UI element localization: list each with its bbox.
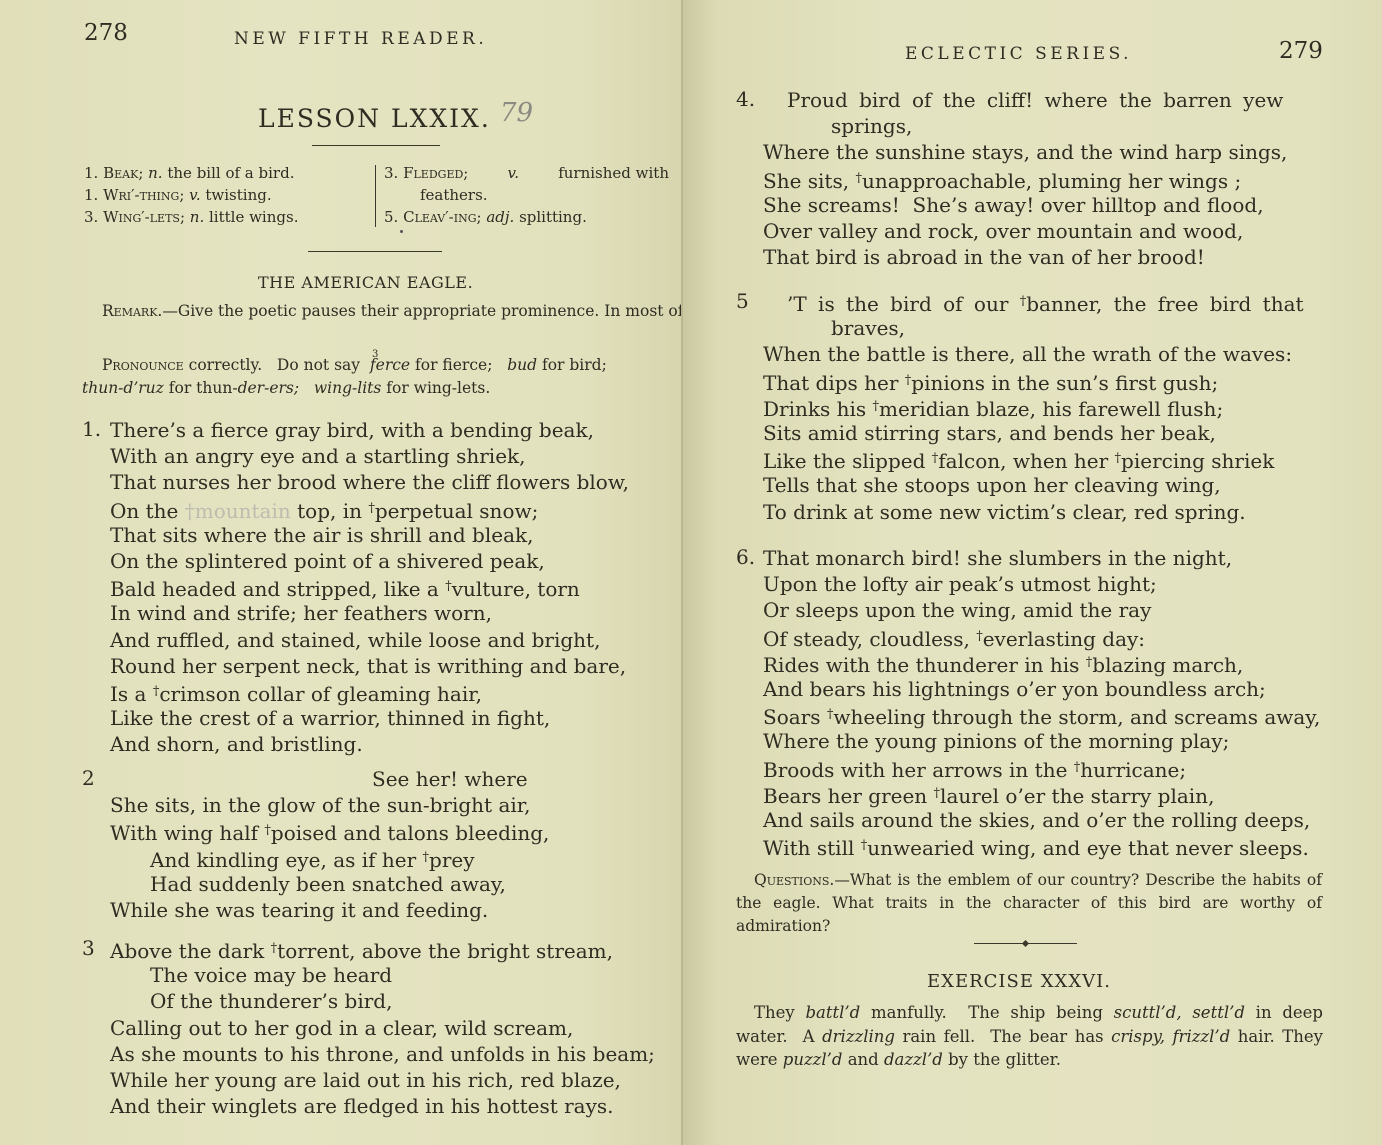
verse-line: To drink at some new victim’s clear, red…: [763, 499, 1323, 525]
verse-line: And ruffled, and stained, while loose an…: [110, 627, 629, 653]
verse-line: Soars †wheeling through the storm, and s…: [763, 702, 1320, 728]
lesson-title: LESSON LXXIX.: [258, 104, 491, 133]
verse-line: springs,: [763, 113, 1323, 139]
stanza-6: That monarch bird! she slumbers in the n…: [763, 545, 1320, 859]
stanza-number: 5: [736, 289, 749, 313]
verse-line: That nurses her brood where the cliff fl…: [110, 469, 629, 495]
stanza-number: 6.: [736, 545, 755, 569]
verse-line: When the battle is there, all the wrath …: [763, 341, 1323, 367]
verse-line: Bald headed and stripped, like a †vultur…: [110, 574, 629, 600]
verse-line: Sits amid stirring stars, and bends her …: [763, 420, 1323, 446]
verse-line: braves,: [763, 315, 1323, 341]
verse-line: Had suddenly been snatched away,: [110, 871, 549, 897]
stanza-4: Proud bird of the cliff! where the barre…: [763, 87, 1323, 270]
verse-line: While her young are laid out in his rich…: [110, 1067, 655, 1093]
verse-line: With still †unwearied wing, and eye that…: [763, 833, 1320, 859]
verse-line: With wing half †poised and talons bleedi…: [110, 818, 549, 844]
verse-line: While she was tearing it and feeding.: [110, 897, 549, 923]
running-head: ECLECTIC SERIES.: [905, 44, 1132, 64]
questions-note: Questions.—What is the emblem of our cou…: [736, 869, 1322, 938]
verse-line: In wind and strife; her feathers worn,: [110, 600, 629, 626]
stanza-5: ’T is the bird of our †banner, the free …: [763, 289, 1323, 525]
verse-line: Or sleeps upon the wing, amid the ray: [763, 597, 1320, 623]
verse-line: On the †mountain top, in †perpetual snow…: [110, 496, 629, 522]
page-number: 279: [1279, 38, 1323, 64]
ink-speck: [400, 230, 403, 233]
stanza-2: See her! where She sits, in the glow of …: [110, 766, 549, 923]
verse-line: Like the crest of a warrior, thinned in …: [110, 705, 629, 731]
stanza-3: Above the dark †torrent, above the brigh…: [110, 936, 655, 1119]
verse-line: Proud bird of the cliff! where the barre…: [763, 87, 1323, 113]
verse-line: That monarch bird! she slumbers in the n…: [763, 545, 1320, 571]
verse-line: And their winglets are fledged in his ho…: [110, 1093, 655, 1119]
verse-line: Drinks his †meridian blaze, his farewell…: [763, 394, 1323, 420]
verse-line: The voice may be heard: [110, 962, 655, 988]
vocabulary-right: 3. Fledged;v.furnished with feathers. 5.…: [384, 162, 669, 228]
vocab-item: 1. Beak; n. the bill of a bird.: [84, 162, 298, 184]
verse-line: See her! where: [110, 766, 549, 792]
stanza-1: There’s a fierce gray bird, with a bendi…: [110, 417, 629, 757]
verse-line: Where the sunshine stays, and the wind h…: [763, 139, 1323, 165]
selection-title: THE AMERICAN EAGLE.: [258, 273, 473, 292]
vocab-item: 3. Fledged;v.furnished with: [384, 162, 669, 184]
verse-line: Like the slipped †falcon, when her †pier…: [763, 446, 1323, 472]
verse-line: That bird is abroad in the van of her br…: [763, 244, 1323, 270]
verse-line: That dips her †pinions in the sun’s firs…: [763, 368, 1323, 394]
verse-line: There’s a fierce gray bird, with a bendi…: [110, 417, 629, 443]
verse-line: On the splintered point of a shivered pe…: [110, 548, 629, 574]
title-rule: [312, 145, 440, 146]
stanza-number: 4.: [736, 87, 755, 111]
verse-line: That sits where the air is shrill and bl…: [110, 522, 629, 548]
verse-line: And shorn, and bristling.: [110, 731, 629, 757]
verse-line: Bears her green †laurel o’er the starry …: [763, 781, 1320, 807]
section-rule: [308, 251, 442, 252]
vocab-item: 3. Wing′-lets; n. little wings.: [84, 206, 298, 228]
pronounce-note: Pronounce correctly. Do not say 3ferce f…: [82, 354, 670, 400]
verse-line: Above the dark †torrent, above the brigh…: [110, 936, 655, 962]
running-head: NEW FIFTH READER.: [234, 29, 487, 49]
verse-line: With an angry eye and a startling shriek…: [110, 443, 629, 469]
verse-line: Rides with the thunderer in his †blazing…: [763, 650, 1320, 676]
verse-line: Of the thunderer’s bird,: [110, 988, 655, 1014]
exercise-body: They battl’d manfully. The ship being sc…: [736, 1001, 1323, 1072]
left-page: 278 NEW FIFTH READER. LESSON LXXIX. 79 1…: [0, 0, 683, 1145]
verse-line: And kindling eye, as if her †prey: [110, 845, 549, 871]
verse-line: She sits, †unapproachable, pluming her w…: [763, 166, 1323, 192]
verse-line: And bears his lightnings o’er yon boundl…: [763, 676, 1320, 702]
verse-line: She screams! She’s away! over hilltop an…: [763, 192, 1323, 218]
vocab-divider: [375, 165, 376, 227]
verse-line: She sits, in the glow of the sun-bright …: [110, 792, 549, 818]
verse-line: And sails around the skies, and o’er the…: [763, 807, 1320, 833]
verse-line: Is a †crimson collar of gleaming hair,: [110, 679, 629, 705]
remark-note: Remark.—Give the poetic pauses their app…: [82, 300, 670, 323]
verse-line: As she mounts to his throne, and unfolds…: [110, 1041, 655, 1067]
right-page: ECLECTIC SERIES. 279 4. Proud bird of th…: [683, 0, 1382, 1145]
verse-line: Over valley and rock, over mountain and …: [763, 218, 1323, 244]
vocabulary-left: 1. Beak; n. the bill of a bird. 1. Wri′-…: [84, 162, 298, 228]
verse-line: Where the young pinions of the morning p…: [763, 728, 1320, 754]
vocab-item: 5. Cleav′-ing; adj. splitting.: [384, 206, 669, 228]
verse-line: Of steady, cloudless, †everlasting day:: [763, 624, 1320, 650]
stanza-number: 1.: [82, 417, 101, 441]
verse-line: Upon the lofty air peak’s utmost hight;: [763, 571, 1320, 597]
vocab-item-cont: feathers.: [384, 184, 669, 206]
stanza-number: 3: [82, 936, 95, 960]
verse-line: Tells that she stoops upon her cleaving …: [763, 472, 1323, 498]
vocab-item: 1. Wri′-thing; v. twisting.: [84, 184, 298, 206]
diamond-ornament: [1022, 940, 1029, 947]
verse-line: Round her serpent neck, that is writhing…: [110, 653, 629, 679]
pencil-annotation: 79: [500, 98, 533, 128]
verse-line: Broods with her arrows in the †hurricane…: [763, 755, 1320, 781]
stanza-number: 2: [82, 766, 95, 790]
page-number: 278: [84, 20, 128, 46]
exercise-title: EXERCISE XXXVI.: [927, 971, 1111, 992]
verse-line: Calling out to her god in a clear, wild …: [110, 1015, 655, 1041]
verse-line: ’T is the bird of our †banner, the free …: [763, 289, 1323, 315]
